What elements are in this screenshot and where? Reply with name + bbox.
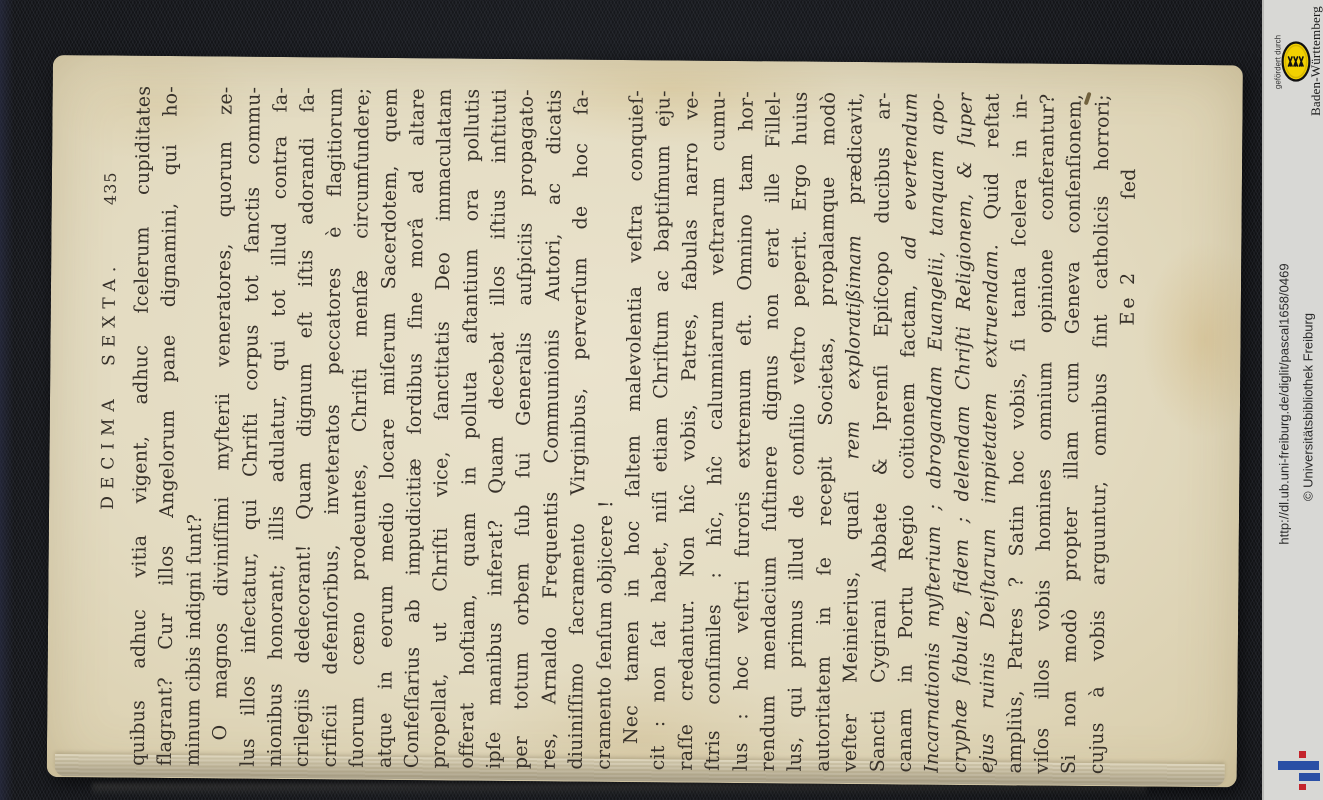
- text-segment: ampliùs, Patres ? Satin hoc vobis, ſi ta…: [1003, 93, 1031, 773]
- text-segment: crilegiis dedecorant! Quam dignum eſt iſ…: [291, 87, 319, 767]
- italic-text-segment: Incarnationis myſterium ; abrogandam Eua…: [921, 93, 949, 773]
- running-title: DECIMA SEXTA.: [93, 260, 125, 510]
- text-segment: Quid reſtat: [980, 93, 1003, 244]
- text-segment: cramento ſenſum objicere !: [592, 500, 616, 770]
- text-segment: atque in eorum medio locare miſerum Sace…: [373, 88, 401, 768]
- text-segment: Nec tamen in hoc ſaltem malevolentia veſ…: [620, 90, 648, 744]
- text-segment: propellat, ut Chriſti vice, ſanctitatis …: [428, 88, 456, 768]
- text-segment: diuiniſſimo ſacramento Virginibus, perve…: [565, 90, 593, 770]
- copyright-notice: © Universitätsbibliothek Freiburg: [1301, 313, 1316, 501]
- page-number: 435: [96, 171, 126, 205]
- funding-name: Baden-Württemberg: [1308, 6, 1323, 116]
- text-segment: autoritatem in ſe recepit Societas, prop…: [812, 92, 840, 772]
- text-segment: lus : hoc veſtri furoris extremum eſt. O…: [729, 91, 757, 771]
- text-segment: cit : non ſat habet, niſi etiam Chriſtum…: [647, 90, 675, 770]
- text-lines: quibus adhuc vitia vigent, adhuc ſceleru…: [125, 86, 1117, 775]
- scan-edge-tint: [0, 0, 14, 800]
- text-segment: res, Arnaldo Frequentis Communionis Auto…: [538, 89, 566, 769]
- italic-text-segment: ad evertendum: [898, 92, 921, 259]
- text-segment: Confeſſarius ab impudicitiæ ſordibus ſin…: [401, 88, 429, 768]
- text-segment: Sancti Cygirani Abbate & Iprenſi Epiſcop…: [866, 92, 894, 772]
- library-sidebar: gefördert durch Baden-Württemberg http:/…: [1262, 0, 1323, 800]
- text-segment: veſter Meinierius, quaſi: [839, 459, 864, 772]
- text-segment: ipſe manibus inferat? Quam decebat illos…: [483, 89, 511, 769]
- italic-text-segment: rem exploratißimam: [842, 235, 866, 460]
- ub-logo-red-square-bottom: [1299, 784, 1306, 790]
- text-segment: O magnos diviniſſimi myſterii veneratore…: [209, 86, 237, 740]
- ub-logo-blue-bar-short: [1299, 773, 1320, 781]
- rotated-text-block: DECIMA SEXTA. 435 quibus adhuc vitia vig…: [87, 85, 1173, 774]
- italic-text-segment: cryphæ fabulæ, fidem ; delendam Chriſti …: [948, 93, 976, 773]
- book-page-scan: DECIMA SEXTA. 435 quibus adhuc vitia vig…: [47, 55, 1243, 787]
- text-segment: crificii defenſoribus, inveteratos pecca…: [319, 87, 347, 767]
- text-segment: ſuorum cœno prodeuntes, Chriſti menſæ ci…: [346, 88, 374, 768]
- ub-logo-red-square-top: [1299, 751, 1306, 758]
- text-segment: nionibus honorant; illis adulatur, qui t…: [264, 87, 292, 767]
- text-segment: Si non modò propter illam cum Geneva con…: [1058, 94, 1086, 774]
- text-segment: quibus adhuc vitia vigent, adhuc ſceleru…: [127, 86, 155, 766]
- catchword: ſed: [1116, 168, 1144, 199]
- text-segment: canam in Portu Regio coïtionem factam,: [894, 259, 920, 772]
- baden-wuerttemberg-coat-of-arms-icon: [1281, 41, 1311, 82]
- signature-mark: Ee 2: [1115, 270, 1143, 326]
- text-segment: cujus à vobis arguuntur, omnibus ſint ca…: [1085, 94, 1113, 774]
- text-segment: per totum orbem ſub ſui Generalis auſpic…: [510, 89, 538, 769]
- text-segment: lus, qui primus illud de conſilio veſtro…: [784, 91, 812, 771]
- text-segment: offerat hoſtiam, quam in polluta aſtanti…: [455, 89, 483, 769]
- text-segment: lus illos inſectatur, qui Chriſti corpus…: [236, 87, 264, 767]
- document-url: http://dl.ub.uni-freiburg.de/diglit/pasc…: [1277, 263, 1292, 544]
- ub-logo-blue-bar-long: [1278, 761, 1319, 770]
- text-segment: minum cibis indigni ſunt?: [182, 514, 206, 766]
- text-segment: raſſe credantur. Non hîc vobis, Patres, …: [675, 90, 703, 770]
- scan-background: DECIMA SEXTA. 435 quibus adhuc vitia vig…: [0, 0, 1323, 800]
- text-segment: ſtris conſimiles : hîc, hîc calumniarum …: [702, 91, 730, 771]
- text-segment: prædicavit,: [844, 92, 867, 235]
- italic-text-segment: ejus ruinis Deiſtarum impietatem extruen…: [976, 244, 1003, 773]
- text-segment: rendum mendacium ſuſtinere dignus non er…: [757, 91, 785, 771]
- page-header: DECIMA SEXTA. 435: [91, 85, 127, 765]
- signature-row: Ee 2 ſed: [1111, 94, 1144, 774]
- text-segment: flagrant? Cur illos Angelorum pane digna…: [154, 86, 182, 766]
- text-segment: viſos illos vobis homines omnium opinion…: [1031, 94, 1059, 774]
